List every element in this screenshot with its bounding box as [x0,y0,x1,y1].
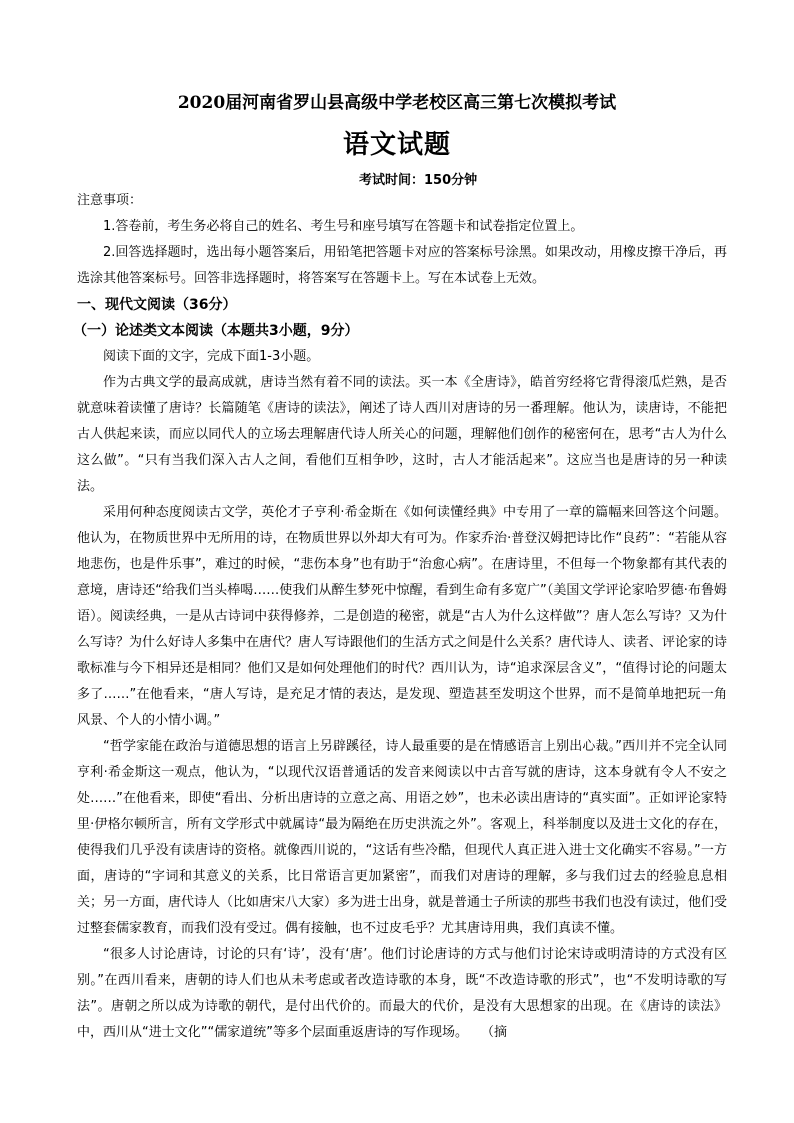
passage-paragraph-2: 采用何种态度阅读古文学，英伦才子亨利·希金斯在《如何读懂经典》中专用了一章的篇幅… [77,500,727,734]
notice-item-1: 1.答卷前，考生务必将自己的姓名、考生号和座号填写在答题卡和试卷指定位置上。 [77,214,727,240]
notices-block: 注意事项： 1.答卷前，考生务必将自己的姓名、考生号和座号填写在答题卡和试卷指定… [77,188,727,292]
passage-paragraph-4: “很多人讨论唐诗，讨论的只有‘诗’，没有‘唐’。他们讨论唐诗的方式与他们讨论宋诗… [77,942,727,1046]
exam-time: 考试时间：150分钟 [359,169,477,188]
exam-page: 2020届河南省罗山县高级中学老校区高三第七次模拟考试 语文试题 考试时间：15… [0,0,794,1123]
reading-instruction: 阅读下面的文字，完成下面1-3小题。 [77,344,727,370]
notice-item-2: 2.回答选择题时，选出每小题答案后，用铅笔把答题卡对应的答案标号涂黑。如果改动，… [77,240,727,292]
section-heading: 一、现代文阅读（36分） [77,292,727,318]
passage-paragraph-3: “哲学家能在政治与道德思想的语言上另辟蹊径，诗人最重要的是在情感语言上别出心裁。… [77,734,727,942]
notices-heading: 注意事项： [77,188,727,214]
exam-title: 2020届河南省罗山县高级中学老校区高三第七次模拟考试 [0,88,794,113]
subject-title: 语文试题 [0,124,794,161]
section-subheading: （一）论述类文本阅读（本题共3小题，9分） [73,318,727,344]
passage-paragraph-1: 作为古典文学的最高成就，唐诗当然有着不同的读法。买一本《全唐诗》，皓首穷经将它背… [77,370,727,500]
reading-section: 一、现代文阅读（36分） （一）论述类文本阅读（本题共3小题，9分） 阅读下面的… [77,292,727,1046]
